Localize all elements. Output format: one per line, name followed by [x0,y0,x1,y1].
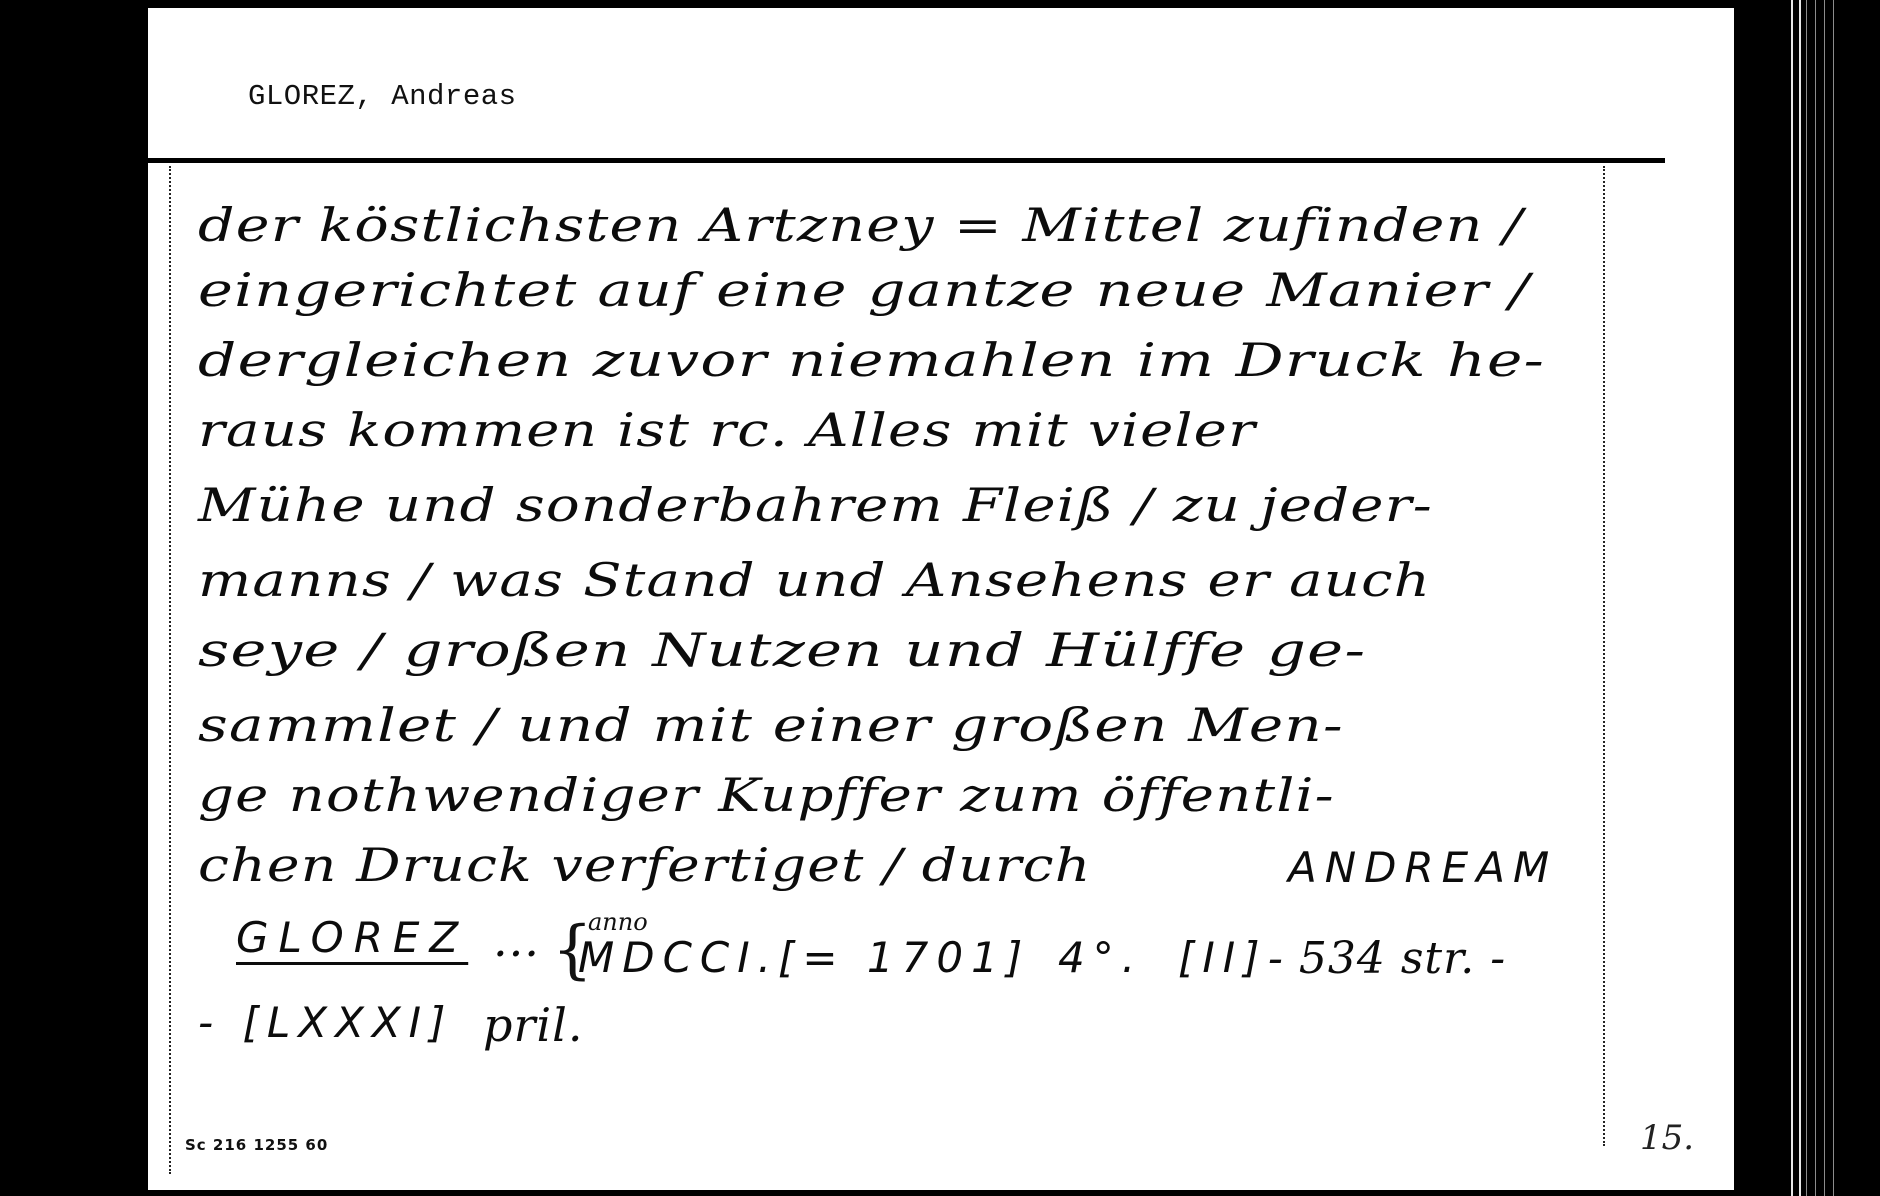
catalog-card: GLOREZ, Andreas der köstlichsten Artzney… [148,8,1734,1190]
scanner-noise-strip [1802,0,1836,1196]
left-margin-dotted-line [169,166,171,1174]
year-arabic: [= 1701] [778,933,1030,982]
prelim-pages: [II] [1178,933,1268,982]
appendix-suffix: pril. [483,998,583,1052]
handwritten-line-3: dergleichen zuvor niemahlen im Druck he- [198,333,1545,387]
card-catalog-code: Sc 216 1255 60 [185,1136,328,1154]
author-forename-caps: ANDREAM [1288,843,1557,892]
anno-annotation: anno [588,908,648,936]
handwritten-line-8: sammlet / und mit einer großen Men- [198,698,1344,752]
handwritten-line-7: seye / großen Nutzen und Hülffe ge- [198,623,1366,677]
page-count: - 534 str. - [1268,933,1506,984]
ellipsis: ... [493,913,540,967]
year-roman: MDCCI. [578,933,779,982]
handwritten-line-9: ge nothwendiger Kupffer zum öffentli- [198,768,1335,822]
handwritten-line-4: raus kommen ist rc. Alles mit vieler [198,403,1256,457]
format-quarto: 4°. [1058,933,1143,982]
header-rule [148,158,1665,163]
handwritten-line-1: der köstlichsten Artzney = Mittel zufind… [198,198,1523,252]
handwritten-line-10: chen Druck verfertiget / durch [198,838,1092,892]
handwritten-line-6: manns / was Stand und Ansehens er auch [198,553,1431,607]
handwritten-line-2: eingerichtet auf eine gantze neue Manier… [198,263,1530,317]
card-header-name: GLOREZ, Andreas [248,80,517,113]
scanner-edge-line [1791,0,1793,1196]
scanner-edge-line [1799,0,1801,1196]
author-surname-underlined: GLOREZ [236,913,468,962]
handwritten-line-5: Mühe und sonderbahrem Fleiß / zu jeder- [198,478,1433,532]
right-margin-dotted-line [1603,166,1605,1146]
appendix-pages: - [LXXXI] [198,998,453,1047]
page-number: 15. [1640,1118,1694,1158]
